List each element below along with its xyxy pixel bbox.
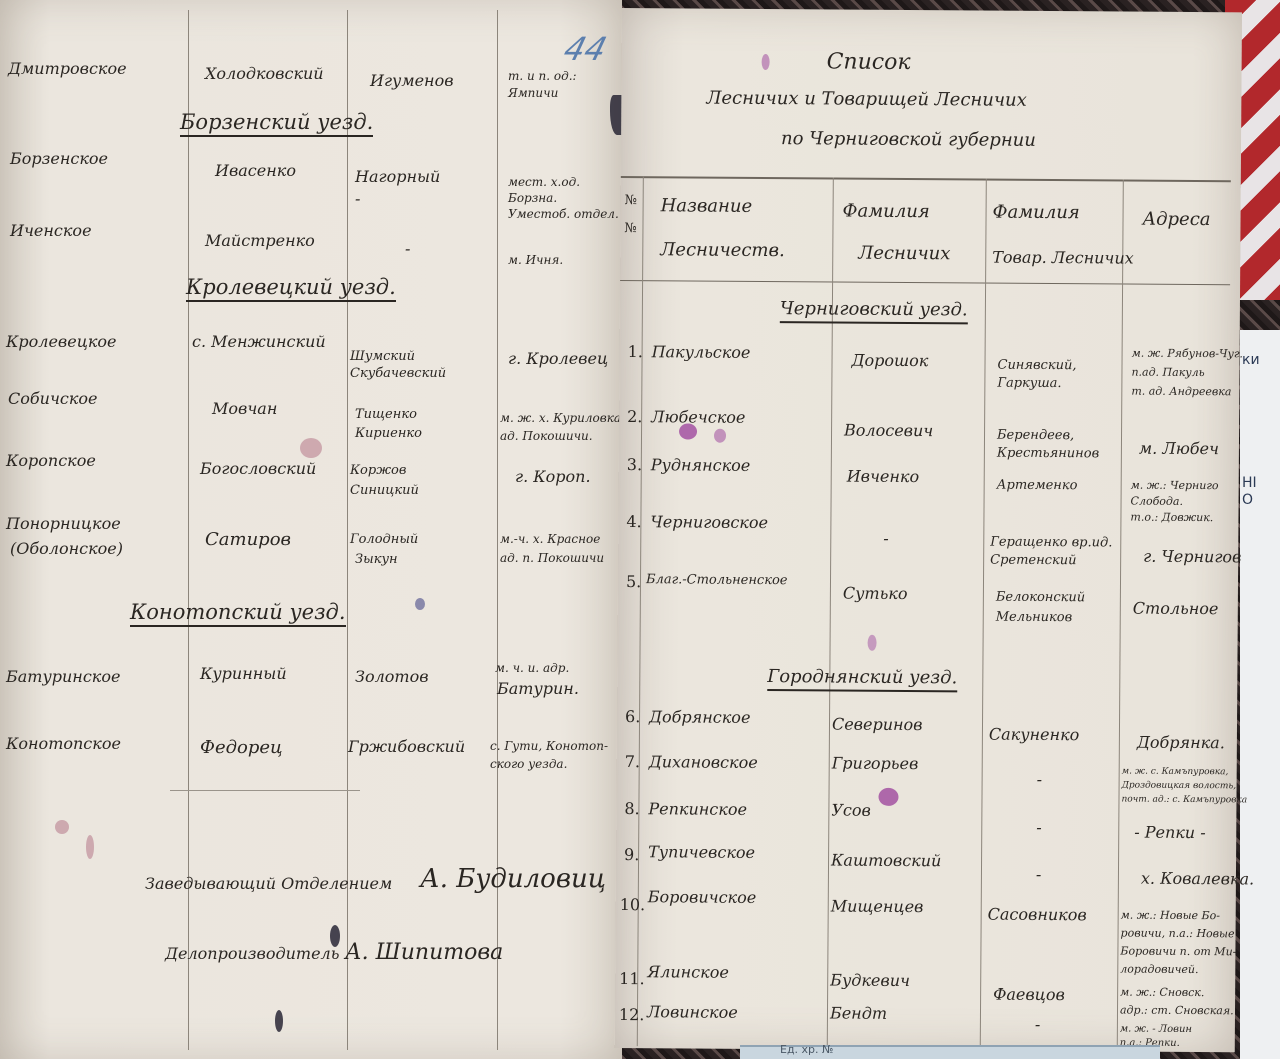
address-line: Ямпичи [508,87,558,101]
forester-name: Ивасенко [215,162,296,180]
forestry-name: Понорницкое [6,515,121,533]
forestry-name: Добрянское [649,708,751,727]
fragment-text: ки [1242,352,1260,368]
forestry-name: Кролевецкое [6,333,117,351]
forester-name: Сутько [843,585,908,604]
signature: А. Будиловиц [420,865,606,895]
row-number: 3. [627,456,642,474]
address-line: м. ж. х. Куриловка [500,412,621,426]
address-line: т. ад. Андреевка [1131,386,1231,399]
address-line: мест. х.од. [508,176,580,190]
address-line: м. ж. с. Камъпуровка, [1122,767,1229,778]
archive-card: Ед. хр. № [740,1045,1160,1059]
forestry-name: Пакульское [652,343,751,362]
address-line: м. ж. - Ловин [1120,1024,1192,1036]
forester-name: Каштовский [831,851,941,870]
forestry-alt-name: (Оболонское) [10,540,123,558]
row-number: 12. [619,1006,645,1025]
assistant-name: - [1036,866,1042,884]
folio-number: 44 [560,30,611,68]
document-subtitle: Лесничих и Товарищей Лесничих [706,89,1027,112]
address-line: г. Короп. [515,468,591,486]
forester-name: Северинов [832,715,923,734]
forester-name: Сатиров [205,530,291,551]
row-number: 11. [619,970,645,989]
address-line: ровичи, п.а.: Новые [1121,928,1235,941]
assistant-name: Голодный [350,533,418,548]
assistant-name: - [1036,819,1042,837]
fragment-text: НІ [1242,475,1257,491]
assistant-name: Тищенко [355,408,417,423]
address-line: Добрянка. [1137,734,1225,753]
assistant-name: Нагорный [355,168,440,186]
assistant-name: Гаркуша. [997,377,1061,392]
forester-name: Мищенцев [831,897,924,916]
address-line: Стольное [1133,600,1219,619]
forestry-name: Репкинское [648,800,747,819]
address-line: м. ж.: Черниго [1131,480,1219,493]
assistant-name: - [1035,1016,1041,1034]
address-line: - Репки - [1134,824,1206,843]
header-assistant: Товар. Лесничих [992,249,1134,268]
assistant-name: Сретенский [990,554,1076,570]
document-title: Список [827,49,911,75]
forester-name: Усов [831,801,871,820]
forestry-name: Коропское [6,452,96,470]
assistant-name: Сасовников [988,906,1087,925]
assistant-name: Синицкий [350,484,419,499]
forester-name: Волосевич [844,422,933,441]
document-subtitle-2: по Черниговской губернии [781,129,1036,151]
address-line: Батурин. [497,680,579,698]
forestry-name: Ловинское [647,1003,738,1022]
assistant-name: Кириенко [355,427,422,442]
address-line: м. ч. и. адр. [495,662,569,676]
row-number: 6. [625,708,640,726]
district-heading: Борзенский уезд. [180,110,373,137]
assistant-dash: - [355,190,360,208]
forestry-name: Любечское [651,408,745,427]
assistant-name: Крестьянинов [997,447,1099,463]
address-line: ад. п. Покошичи [500,552,604,566]
address-line: м.-ч. х. Красное [500,533,600,547]
row-number: 5. [626,573,641,591]
assistant-name: - [405,240,410,258]
header-number: № [624,222,636,237]
forestry-name: Борзенское [10,150,108,168]
address-line: с. Гути, Конотоп- [490,740,608,754]
assistant-name: Белоконский [996,591,1085,607]
header-number: № [625,194,637,209]
address-line: Слобода. [1131,496,1183,509]
address-line: Уместоб. отдел. [508,208,619,222]
signature-title: Делопроизводитель [165,945,339,963]
row-number: 2. [627,408,642,426]
signature-title: Заведывающий Отделением [145,875,392,893]
forester-name: Ивченко [847,468,920,487]
row-number: 8. [624,800,639,818]
forester-name: Мовчан [212,400,277,418]
address-line: Дроздовицкая волость, [1122,781,1237,792]
assistant-name: Сакуненко [989,726,1079,745]
header-forester: Фамилия [843,202,930,223]
right-page: Список Лесничих и Товарищей Лесничих по … [615,8,1242,1052]
assistant-name: - [1037,771,1043,789]
header-forester: Лесничих [858,244,950,265]
forestry-name: Благ.-Стольненское [646,573,788,589]
assistant-name: Зыкун [355,553,398,568]
header-address: Адреса [1142,210,1210,231]
row-number: 4. [626,513,641,531]
district-heading: Городнянский уезд. [767,667,957,692]
underlying-document: ки НІ О [1240,330,1280,1059]
address-line: м. ж.: Сновск. [1120,987,1204,1000]
forestry-name: Конотопское [6,735,121,753]
forester-name: Куринный [200,665,287,683]
forestry-name: Руднянское [651,456,751,475]
address-line: ад. Покошичи. [500,430,593,444]
left-page: 44 Дмитровское Холодковский Игуменов т. … [0,0,622,1059]
row-number: 1. [628,343,643,361]
address-line: т.о.: Довжик. [1130,512,1213,525]
address-line: адр.: ст. Сновская. [1120,1005,1234,1018]
forestry-name: Дихановское [649,753,758,772]
archive-label: Ед. хр. № [780,1043,833,1056]
forester-name: с. Менжинский [192,333,326,351]
assistant-name: Фаевцов [993,986,1065,1005]
signature: А. Шипитова [345,940,503,965]
forester-name: Богословский [200,460,316,478]
forester-name: Холодковский [205,65,324,83]
forestry-name: Черниговское [650,513,768,532]
assistant-name: Геращенко вр.ид. [990,536,1112,552]
district-heading: Кролевецкий уезд. [186,275,396,302]
row-number: 9. [624,846,639,864]
address-line: Борзна. [508,192,557,206]
assistant-name: Шумский [350,350,415,365]
assistant-name: Игуменов [370,72,454,90]
address-line: г. Чернигов [1143,548,1241,567]
assistant-name: Коржов [350,464,406,479]
forester-name: - [883,530,889,548]
forester-name: Дорошок [851,352,928,371]
forester-name: Майстренко [205,232,315,250]
address-line: м. Ичня. [508,254,563,268]
row-number: 7. [625,753,640,771]
address-line: г. Кролевец [508,350,608,368]
address-line: м. ж.: Новые Бо- [1121,910,1220,923]
address-line: лорадовичей. [1120,964,1198,977]
address-line: п.ад. Пакуль [1131,367,1204,380]
address-line: м. ж. Рябунов-Чуг. [1132,348,1243,361]
forestry-name: Батуринское [6,668,120,686]
forestry-name: Собичское [8,390,98,408]
address-line: Боровичи п. от Ми- [1120,946,1236,959]
forester-name: Григорьев [832,754,919,773]
address-line: почт. ад.: с. Камъпуровка [1121,795,1247,806]
address-line: ского уезда. [490,758,567,772]
fragment-text: О [1242,492,1253,508]
assistant-name: Гржибовский [348,738,465,756]
district-heading: Черниговский уезд. [780,299,968,324]
forester-name: Федорец [200,738,283,759]
header-forestry: Лесничеств. [660,240,785,262]
forestry-name: Тупичевское [648,843,755,862]
forestry-name: Дмитровское [8,60,127,78]
address-line: т. и п. од.: [508,70,577,84]
assistant-name: Скубачевский [350,367,446,382]
assistant-name: Синявский, [997,359,1076,374]
assistant-name: Артеменко [997,479,1078,495]
row-number: 10. [620,896,646,915]
assistant-name: Берендеев, [997,429,1074,444]
address-line: м. Любеч [1139,440,1219,459]
district-heading: Конотопский уезд. [130,600,346,627]
header-forestry: Название [661,196,753,217]
forestry-name: Боровичское [648,888,757,907]
forester-name: Будкевич [830,971,910,990]
header-assistant: Фамилия [993,203,1080,224]
assistant-name: Золотов [355,668,429,686]
assistant-name: Мельников [996,611,1073,626]
forester-name: Бендт [830,1004,887,1023]
forestry-name: Ялинское [647,963,729,982]
forestry-name: Иченское [10,222,92,240]
address-line: х. Ковалевка. [1141,870,1254,889]
